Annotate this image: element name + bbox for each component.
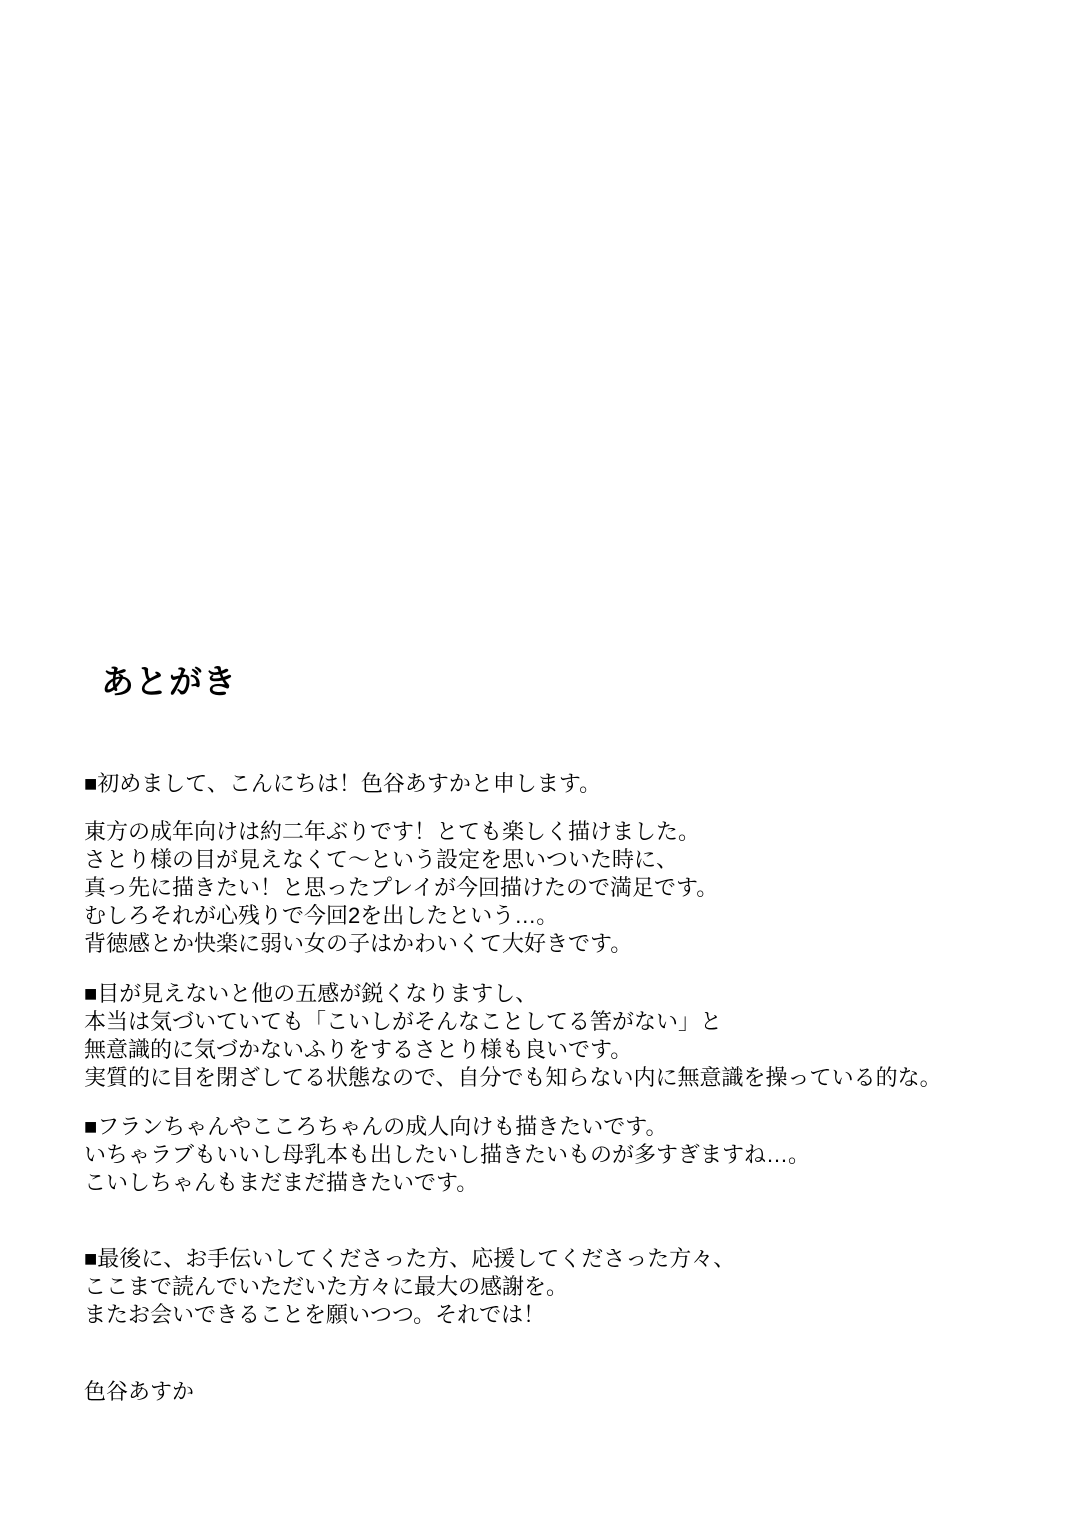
text-line: またお会いできることを願いつつ。それでは！ bbox=[84, 1301, 735, 1329]
text-line: 実質的に目を閉ざしてる状態なので、自分でも知らない内に無意識を操っている的な。 bbox=[84, 1064, 942, 1092]
text-line: いちゃラブもいいし母乳本も出したいし描きたいものが多すぎますね…。 bbox=[84, 1141, 810, 1169]
author-signature: 色谷あすか bbox=[84, 1378, 194, 1406]
text-line: ■フランちゃんやこころちゃんの成人向けも描きたいです。 bbox=[84, 1113, 810, 1141]
text-line: むしろそれが心残りで今回2を出したという…。 bbox=[84, 902, 718, 930]
text-line: 無意識的に気づかないふりをするさとり様も良いです。 bbox=[84, 1036, 942, 1064]
paragraph-about-book: 東方の成年向けは約二年ぶりです！とても楽しく描けました。 さとり様の目が見えなく… bbox=[84, 818, 718, 958]
text-line: 背徳感とか快楽に弱い女の子はかわいくて大好きです。 bbox=[84, 930, 718, 958]
paragraph-concept: ■目が見えないと他の五感が鋭くなりますし、 本当は気づいていても「こいしがそんな… bbox=[84, 980, 942, 1092]
text-line: ■初めまして、こんにちは！色谷あすかと申します。 bbox=[84, 770, 601, 798]
text-line: ■目が見えないと他の五感が鋭くなりますし、 bbox=[84, 980, 942, 1008]
afterword-page: あとがき ■初めまして、こんにちは！色谷あすかと申します。 東方の成年向けは約二… bbox=[0, 0, 1074, 1517]
page-title: あとがき bbox=[101, 664, 237, 704]
text-line: さとり様の目が見えなくて～という設定を思いついた時に、 bbox=[84, 846, 718, 874]
text-line: ここまで読んでいただいた方々に最大の感謝を。 bbox=[84, 1273, 735, 1301]
text-line: 真っ先に描きたい！と思ったプレイが今回描けたので満足です。 bbox=[84, 874, 718, 902]
paragraph-thanks: ■最後に、お手伝いしてくださった方、応援してくださった方々、 ここまで読んでいた… bbox=[84, 1245, 735, 1329]
text-line: 本当は気づいていても「こいしがそんなことしてる筈がない」と bbox=[84, 1008, 942, 1036]
text-line: 東方の成年向けは約二年ぶりです！とても楽しく描けました。 bbox=[84, 818, 718, 846]
paragraph-greeting: ■初めまして、こんにちは！色谷あすかと申します。 bbox=[84, 770, 601, 798]
text-line: ■最後に、お手伝いしてくださった方、応援してくださった方々、 bbox=[84, 1245, 735, 1273]
text-line: こいしちゃんもまだまだ描きたいです。 bbox=[84, 1169, 810, 1197]
paragraph-future-works: ■フランちゃんやこころちゃんの成人向けも描きたいです。 いちゃラブもいいし母乳本… bbox=[84, 1113, 810, 1197]
